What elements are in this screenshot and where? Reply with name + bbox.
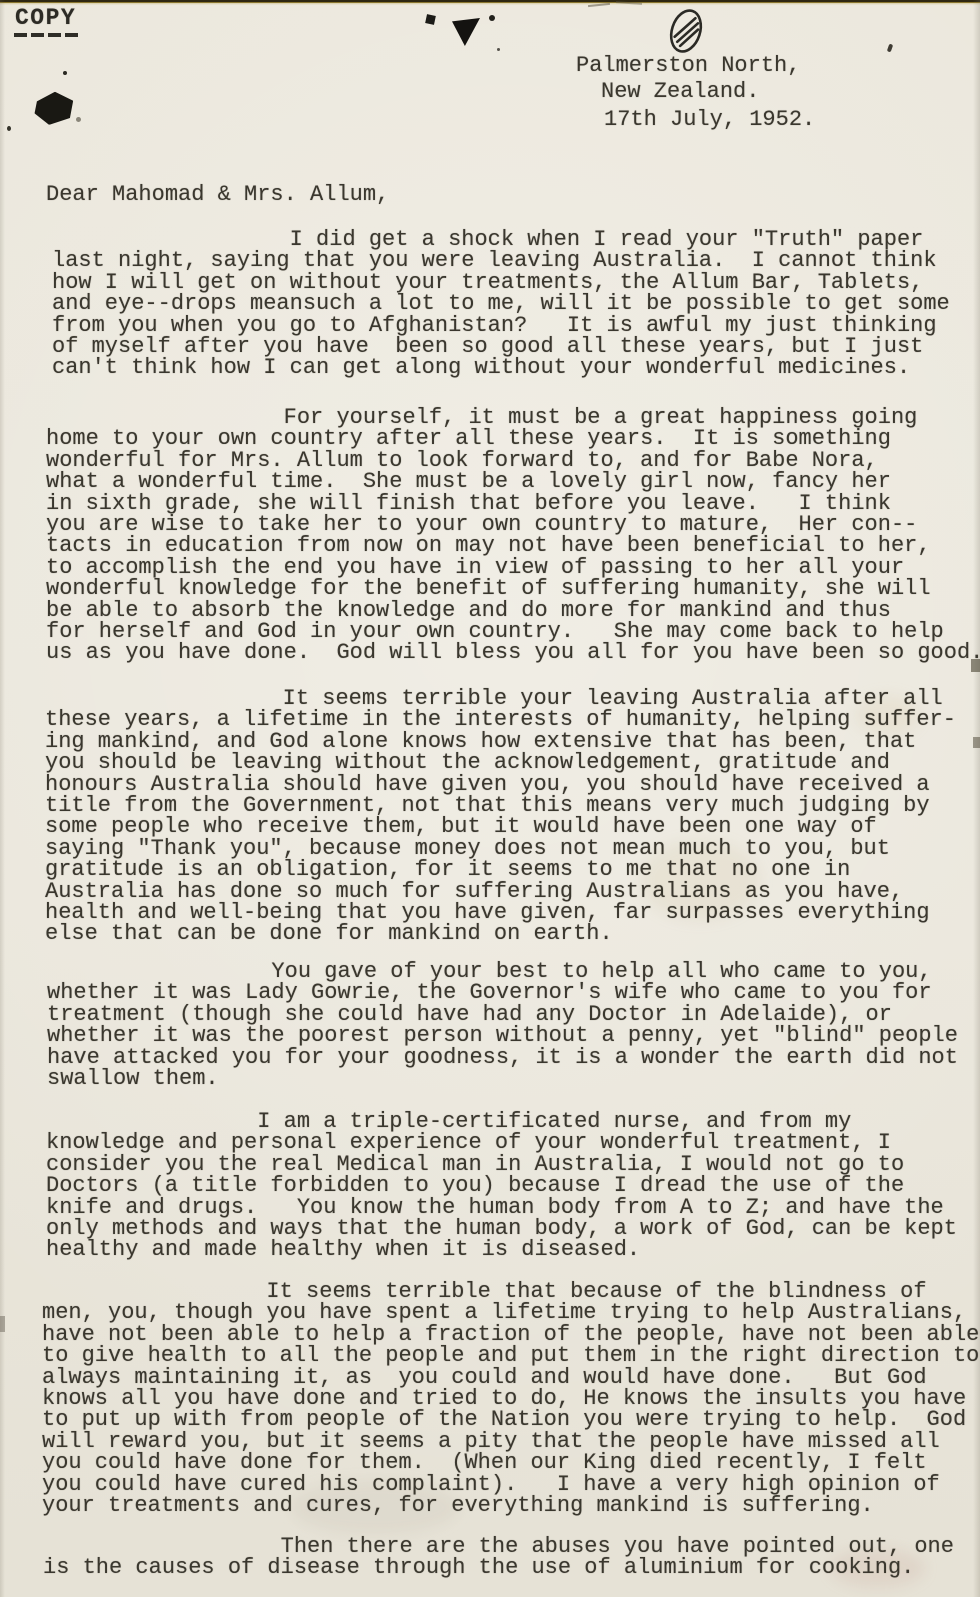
address-line-country: New Zealand.	[601, 81, 759, 102]
ink-speck-mark	[452, 18, 480, 46]
ink-blot-mark	[32, 89, 76, 126]
circled-scribble-mark	[663, 4, 709, 58]
paragraph: I did get a shock when I read your "Trut…	[52, 229, 950, 379]
paragraph: You gave of your best to help all who ca…	[47, 961, 958, 1089]
scan-edge-top	[0, 0, 980, 5]
scan-edge-left	[0, 0, 5, 1597]
letter-page: COPY Palmerston North, New Zealand. 17th…	[0, 0, 980, 1597]
ink-speck-mark	[425, 14, 436, 25]
ink-speck-mark	[887, 44, 893, 53]
ink-speck-mark	[497, 48, 500, 51]
paragraph: I am a triple-certificated nurse, and fr…	[46, 1111, 957, 1261]
scan-edge-speck	[0, 1316, 5, 1332]
address-line-city: Palmerston North,	[576, 55, 800, 76]
ink-speck-mark	[489, 15, 495, 21]
paragraph: For yourself, it must be a great happine…	[46, 407, 980, 664]
ink-speck-mark	[76, 117, 81, 122]
copy-label: COPY	[15, 8, 76, 29]
ink-speck-mark	[63, 71, 67, 75]
copy-underline	[14, 33, 78, 37]
paragraph: It seems terrible that because of the bl…	[42, 1281, 979, 1516]
ink-speck-mark	[7, 126, 11, 131]
date-line: 17th July, 1952.	[604, 109, 815, 130]
paragraph: It seems terrible your leaving Australia…	[45, 688, 956, 945]
salutation: Dear Mahomad & Mrs. Allum,	[46, 184, 389, 205]
scan-edge-speck	[973, 737, 980, 748]
paragraph: Then there are the abuses you have point…	[43, 1536, 954, 1579]
